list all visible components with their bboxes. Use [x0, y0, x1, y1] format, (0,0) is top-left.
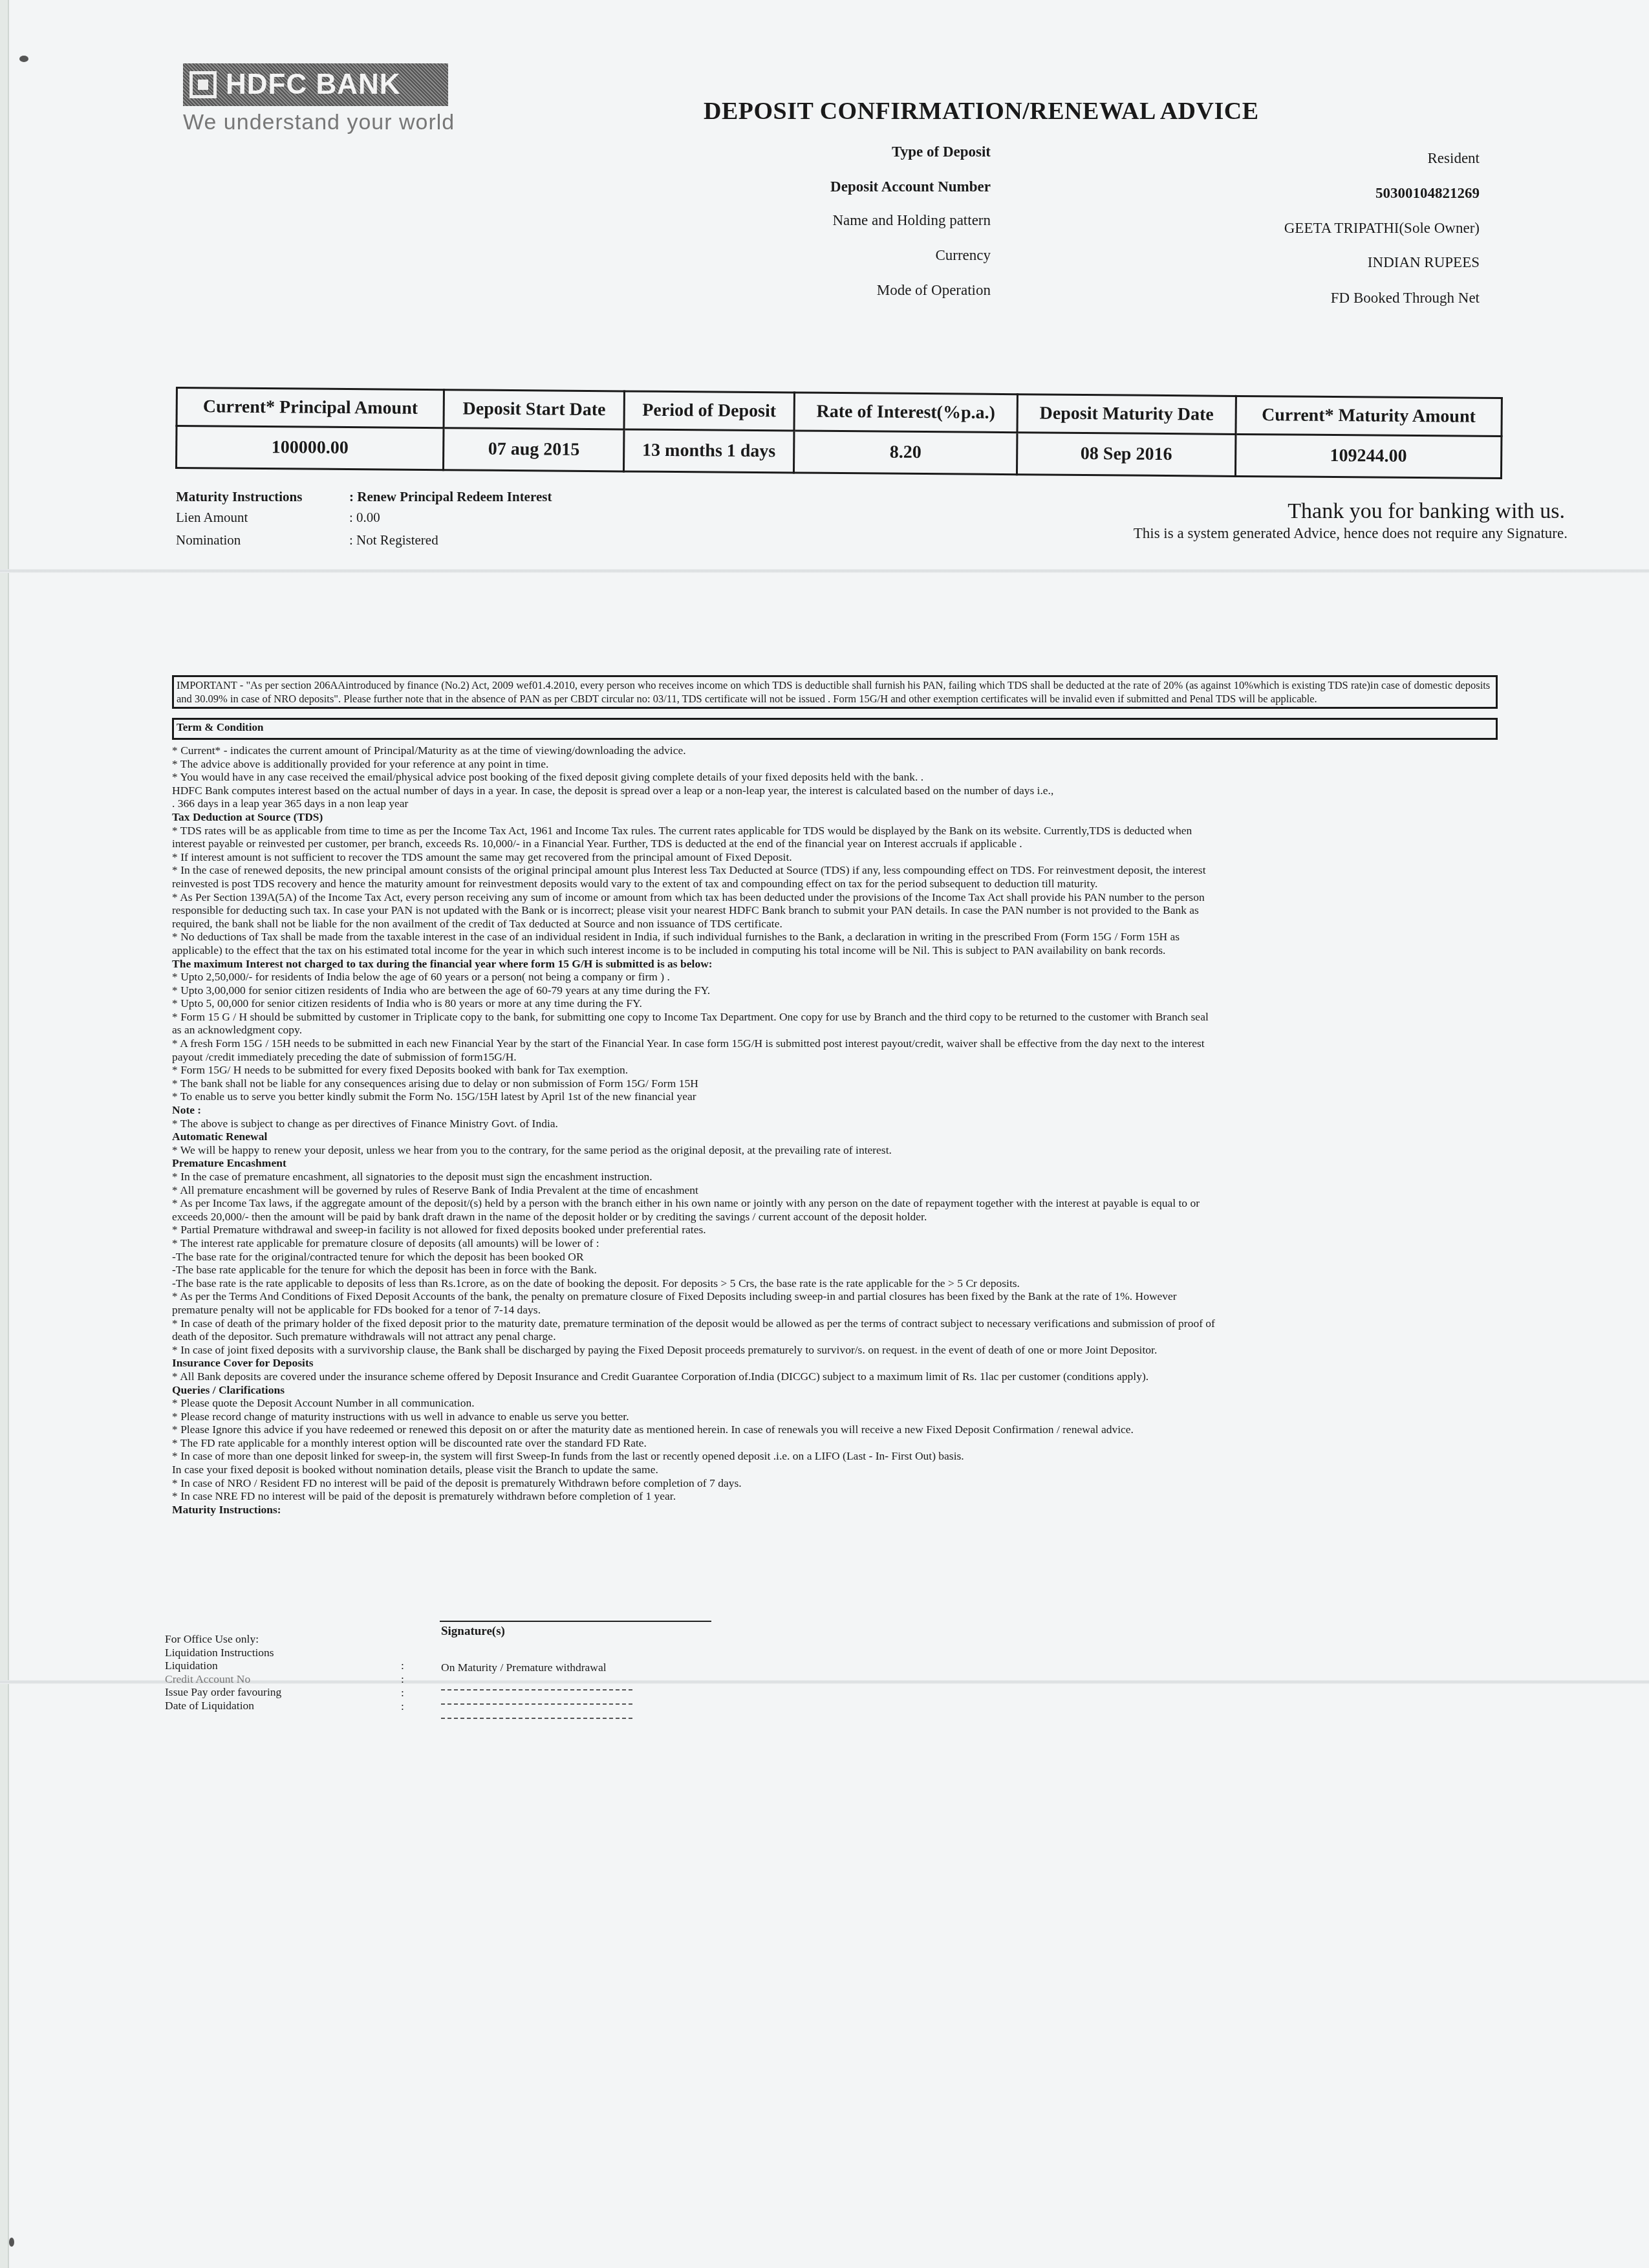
terms-section-heading: Tax Deduction at Source (TDS)	[172, 810, 1498, 824]
terms-item: applicable) to the effect that the tax o…	[172, 944, 1498, 957]
liquidation-value: On Maturity / Premature withdrawal	[441, 1661, 607, 1674]
terms-item: -The base rate is the rate applicable to…	[172, 1277, 1498, 1290]
terms-item: * Upto 3,00,000 for senior citizen resid…	[172, 984, 1498, 997]
column-header: Rate of Interest(%p.a.)	[794, 393, 1018, 433]
detail-value: INDIAN RUPEES	[1368, 254, 1480, 271]
date-of-liquidation-label: Date of Liquidation	[165, 1699, 281, 1712]
terms-item: * Upto 2,50,000/- for residents of India…	[172, 970, 1498, 984]
terms-item: * Please Ignore this advice if you have …	[172, 1423, 1498, 1436]
terms-item: * In case of more than one deposit linke…	[172, 1449, 1498, 1463]
terms-item: . 366 days in a leap year 365 days in a …	[172, 797, 1498, 810]
bank-name: HDFC BANK	[226, 69, 401, 101]
terms-item: HDFC Bank computes interest based on the…	[172, 784, 1498, 797]
terms-item: * All premature encashment will be gover…	[172, 1183, 1498, 1197]
terms-item: required, the bank shall not be liable f…	[172, 917, 1498, 931]
detail-value: Resident	[1428, 150, 1480, 167]
terms-item: payout /credit immediately preceding the…	[172, 1050, 1498, 1064]
terms-section-heading: Insurance Cover for Deposits	[172, 1356, 1498, 1370]
table-cell: 13 months 1 days	[624, 429, 794, 473]
terms-item: * As per Income Tax laws, if the aggrega…	[172, 1196, 1498, 1210]
terms-item: * Please record change of maturity instr…	[172, 1410, 1498, 1423]
bank-mark-icon	[189, 71, 217, 98]
terms-item: * The interest rate applicable for prema…	[172, 1237, 1498, 1250]
terms-section-heading: Note :	[172, 1103, 1498, 1117]
terms-section-heading: The maximum Interest not charged to tax …	[172, 957, 1498, 971]
terms-item: * You would have in any case received th…	[172, 770, 1498, 784]
terms-heading: Term & Condition	[172, 718, 1498, 740]
terms-item: * Please quote the Deposit Account Numbe…	[172, 1396, 1498, 1410]
detail-label: Mode of Operation	[877, 282, 991, 299]
credit-account-label: Credit Account No	[165, 1672, 281, 1686]
terms-item: * We will be happy to renew your deposit…	[172, 1143, 1498, 1157]
terms-item: * In case of joint fixed deposits with a…	[172, 1343, 1498, 1357]
terms-item: * If interest amount is not sufficient t…	[172, 850, 1498, 864]
bank-tagline: We understand your world	[183, 110, 455, 135]
colon: :	[401, 1700, 404, 1713]
table-cell: 8.20	[793, 431, 1017, 475]
thank-you-message: Thank you for banking with us.	[1288, 499, 1565, 524]
liquidation-label: Liquidation	[165, 1659, 281, 1672]
column-header: Current* Maturity Amount	[1236, 396, 1502, 436]
detail-label: Name and Holding pattern	[832, 212, 991, 229]
terms-item: * In the case of premature encashment, a…	[172, 1170, 1498, 1183]
terms-item: * Upto 5, 00,000 for senior citizen resi…	[172, 997, 1498, 1010]
office-use-heading: For Office Use only:	[165, 1632, 281, 1646]
detail-label: Currency	[935, 247, 991, 264]
signature-label: Signature(s)	[441, 1625, 505, 1639]
terms-item: * The advice above is additionally provi…	[172, 757, 1498, 771]
deposit-summary-table: Current* Principal AmountDeposit Start D…	[175, 387, 1503, 479]
terms-item: In case your fixed deposit is booked wit…	[172, 1463, 1498, 1476]
terms-item: exceeds 20,000/- then the amount will be…	[172, 1210, 1498, 1224]
office-use-block: For Office Use only: Liquidation Instruc…	[165, 1632, 281, 1712]
column-header: Deposit Start Date	[444, 390, 625, 429]
hdfc-logo: HDFC BANK We understand your world	[183, 63, 455, 135]
terms-item: * In case of death of the primary holder…	[172, 1317, 1498, 1330]
terms-item: * Current* - indicates the current amoun…	[172, 744, 1498, 757]
scan-speck	[19, 56, 28, 62]
colon: :	[401, 1686, 404, 1700]
nomination-row: Nomination : Not Registered	[176, 532, 241, 548]
nomination-label: Nomination	[176, 532, 241, 548]
liquidation-instructions-label: Liquidation Instructions	[165, 1646, 281, 1659]
logo-banner: HDFC BANK	[183, 63, 448, 106]
maturity-instructions-label: Maturity Instructions	[176, 489, 302, 504]
terms-item: * The FD rate applicable for a monthly i…	[172, 1436, 1498, 1450]
terms-item: interest payable or reinvested per custo…	[172, 837, 1498, 850]
lien-amount-label: Lien Amount	[176, 510, 248, 525]
terms-item: premature penalty will not be applicable…	[172, 1303, 1498, 1317]
nomination-value: : Not Registered	[349, 532, 438, 548]
credit-account-field[interactable]	[441, 1689, 632, 1690]
terms-and-conditions: * Current* - indicates the current amoun…	[172, 744, 1498, 1516]
terms-section-heading: Maturity Instructions:	[172, 1503, 1498, 1517]
maturity-instructions-value: : Renew Principal Redeem Interest	[349, 489, 552, 505]
terms-item: death of the depositor. Such premature w…	[172, 1330, 1498, 1343]
terms-item: as an acknowledgment copy.	[172, 1023, 1498, 1037]
terms-section-heading: Premature Encashment	[172, 1156, 1498, 1170]
detail-value: FD Booked Through Net	[1331, 290, 1480, 307]
terms-item: reinvested is post TDS recovery and henc…	[172, 877, 1498, 891]
maturity-instructions-row: Maturity Instructions : Renew Principal …	[176, 489, 302, 505]
terms-item: * No deductions of Tax shall be made fro…	[172, 930, 1498, 944]
lien-amount-row: Lien Amount : 0.00	[176, 510, 248, 526]
system-generated-note: This is a system generated Advice, hence…	[1134, 525, 1568, 542]
terms-item: * A fresh Form 15G / 15H needs to be sub…	[172, 1037, 1498, 1050]
terms-item: * All Bank deposits are covered under th…	[172, 1370, 1498, 1383]
terms-item: responsible for deducting such tax. In c…	[172, 903, 1498, 917]
column-header: Current* Principal Amount	[177, 388, 444, 428]
terms-item: * In the case of renewed deposits, the n…	[172, 863, 1498, 877]
document-title: DEPOSIT CONFIRMATION/RENEWAL ADVICE	[704, 97, 1259, 125]
scan-speck	[9, 2238, 14, 2247]
terms-item: -The base rate for the original/contract…	[172, 1250, 1498, 1264]
important-notice: IMPORTANT - "As per section 206AAintrodu…	[172, 675, 1498, 709]
terms-item: * Form 15 G / H should be submitted by c…	[172, 1010, 1498, 1024]
terms-section-heading: Queries / Clarifications	[172, 1383, 1498, 1397]
column-header: Deposit Maturity Date	[1017, 394, 1236, 435]
signature-line	[440, 1621, 711, 1622]
terms-item: * To enable us to serve you better kindl…	[172, 1090, 1498, 1103]
terms-item: * Partial Premature withdrawal and sweep…	[172, 1223, 1498, 1237]
terms-item: * TDS rates will be as applicable from t…	[172, 824, 1498, 837]
paper-fold	[0, 569, 1649, 573]
scan-edge	[0, 0, 9, 2268]
terms-item: * As per the Terms And Conditions of Fix…	[172, 1290, 1498, 1303]
issue-pay-order-label: Issue Pay order favouring	[165, 1685, 281, 1699]
table-cell: 100000.00	[177, 426, 444, 470]
detail-label: Type of Deposit	[892, 144, 991, 160]
terms-item: * The bank shall not be liable for any c…	[172, 1077, 1498, 1090]
pay-order-field[interactable]	[441, 1703, 632, 1705]
terms-item: * In case NRE FD no interest will be pai…	[172, 1489, 1498, 1503]
lien-amount-value: : 0.00	[349, 510, 380, 526]
terms-item: -The base rate applicable for the tenure…	[172, 1263, 1498, 1277]
terms-item: * In case of NRO / Resident FD no intere…	[172, 1476, 1498, 1490]
liquidation-date-field[interactable]	[441, 1718, 632, 1719]
terms-item: * As Per Section 139A(5A) of the Income …	[172, 891, 1498, 904]
colon: :	[401, 1659, 404, 1672]
table-cell: 08 Sep 2016	[1017, 433, 1236, 477]
table-cell: 109244.00	[1235, 434, 1502, 478]
terms-section-heading: Automatic Renewal	[172, 1130, 1498, 1143]
terms-item: * Form 15G/ H needs to be submitted for …	[172, 1063, 1498, 1077]
detail-label: Deposit Account Number	[830, 178, 991, 195]
column-header: Period of Deposit	[624, 391, 794, 431]
terms-item: * The above is subject to change as per …	[172, 1117, 1498, 1130]
detail-value: GEETA TRIPATHI(Sole Owner)	[1284, 220, 1480, 237]
detail-value: 50300104821269	[1375, 185, 1480, 202]
table-cell: 07 aug 2015	[444, 428, 625, 471]
colon: :	[401, 1672, 404, 1686]
